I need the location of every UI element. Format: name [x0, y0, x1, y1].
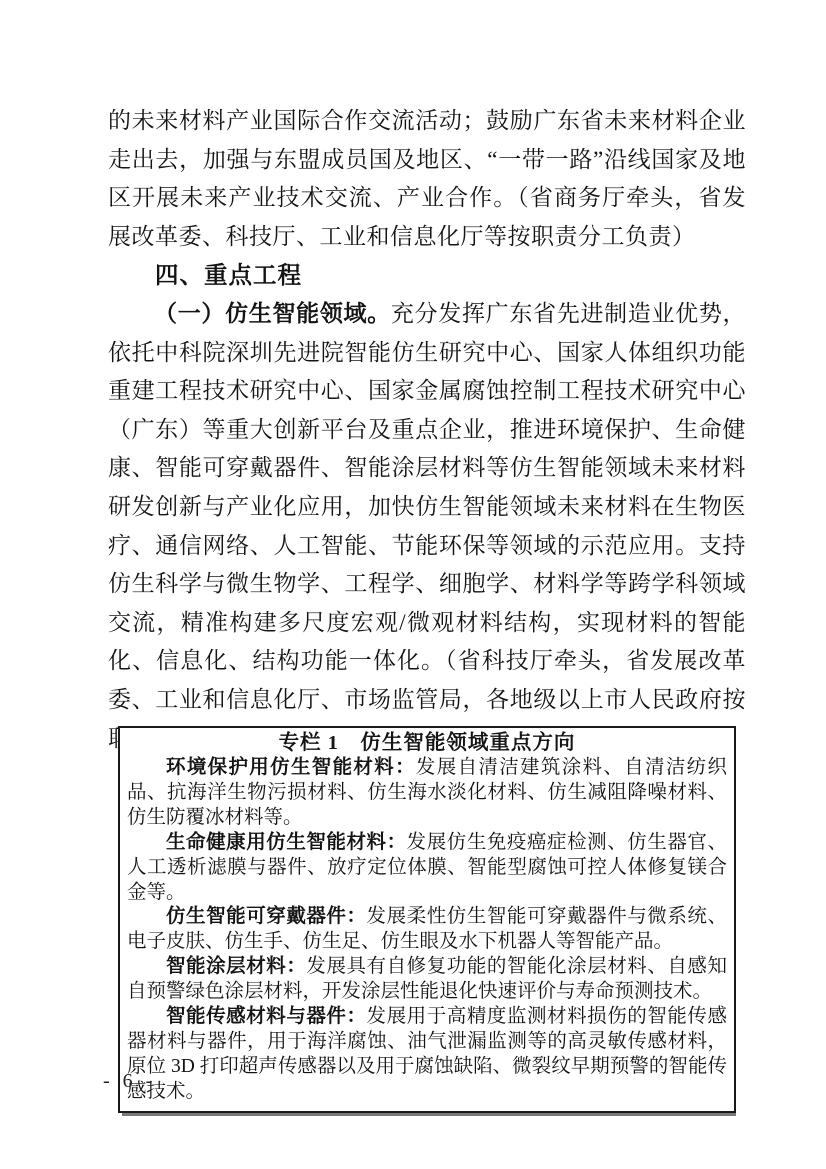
callout-box-column1: 专栏 1 仿生智能领域重点方向 环境保护用仿生智能材料：发展自清洁建筑涂料、自清…: [118, 726, 736, 1113]
subsection-paragraph: （一）仿生智能领域。充分发挥广东省先进制造业优势，依托中科院深圳先进院智能仿生研…: [108, 295, 746, 758]
callout-box-items: 环境保护用仿生智能材料：发展自清洁建筑涂料、自清洁纺织品、抗海洋生物污损材料、仿…: [127, 756, 727, 1105]
callout-box-item: 智能传感材料与器件：发展用于高精度监测材料损伤的智能传感器材料与器件，用于海洋腐…: [127, 1005, 727, 1105]
subsection-text: 充分发挥广东省先进制造业优势，依托中科院深圳先进院智能仿生研究中心、国家人体组织…: [108, 301, 746, 751]
callout-item-label: 智能涂层材料：: [166, 956, 306, 977]
subsection-heading: （一）仿生智能领域。: [154, 301, 391, 326]
document-body: 的未来材料产业国际合作交流活动；鼓励广东省未来材料企业走出去，加强与东盟成员国及…: [108, 102, 746, 758]
section-heading: 四、重点工程: [108, 256, 746, 295]
continuation-paragraph: 的未来材料产业国际合作交流活动；鼓励广东省未来材料企业走出去，加强与东盟成员国及…: [108, 102, 746, 256]
document-page: 的未来材料产业国际合作交流活动；鼓励广东省未来材料企业走出去，加强与东盟成员国及…: [0, 0, 826, 1169]
callout-box-item: 仿生智能可穿戴器件：发展柔性仿生智能可穿戴器件与微系统、电子皮肤、仿生手、仿生足…: [127, 905, 727, 955]
callout-box-item: 智能涂层材料：发展具有自修复功能的智能化涂层材料、自感知自预警绿色涂层材料，开发…: [127, 955, 727, 1005]
callout-item-label: 生命健康用仿生智能材料：: [166, 832, 407, 853]
callout-box-item: 生命健康用仿生智能材料：发展仿生免疫癌症检测、仿生器官、人工透析滤膜与器件、放疗…: [127, 831, 727, 906]
callout-box-title: 专栏 1 仿生智能领域重点方向: [127, 730, 727, 756]
page-number: - 6 -: [103, 1070, 156, 1093]
callout-item-label: 仿生智能可穿戴器件：: [166, 906, 367, 927]
callout-box-item: 环境保护用仿生智能材料：发展自清洁建筑涂料、自清洁纺织品、抗海洋生物污损材料、仿…: [127, 756, 727, 831]
callout-item-label: 智能传感材料与器件：: [166, 1006, 367, 1027]
callout-item-label: 环境保护用仿生智能材料：: [166, 757, 416, 778]
